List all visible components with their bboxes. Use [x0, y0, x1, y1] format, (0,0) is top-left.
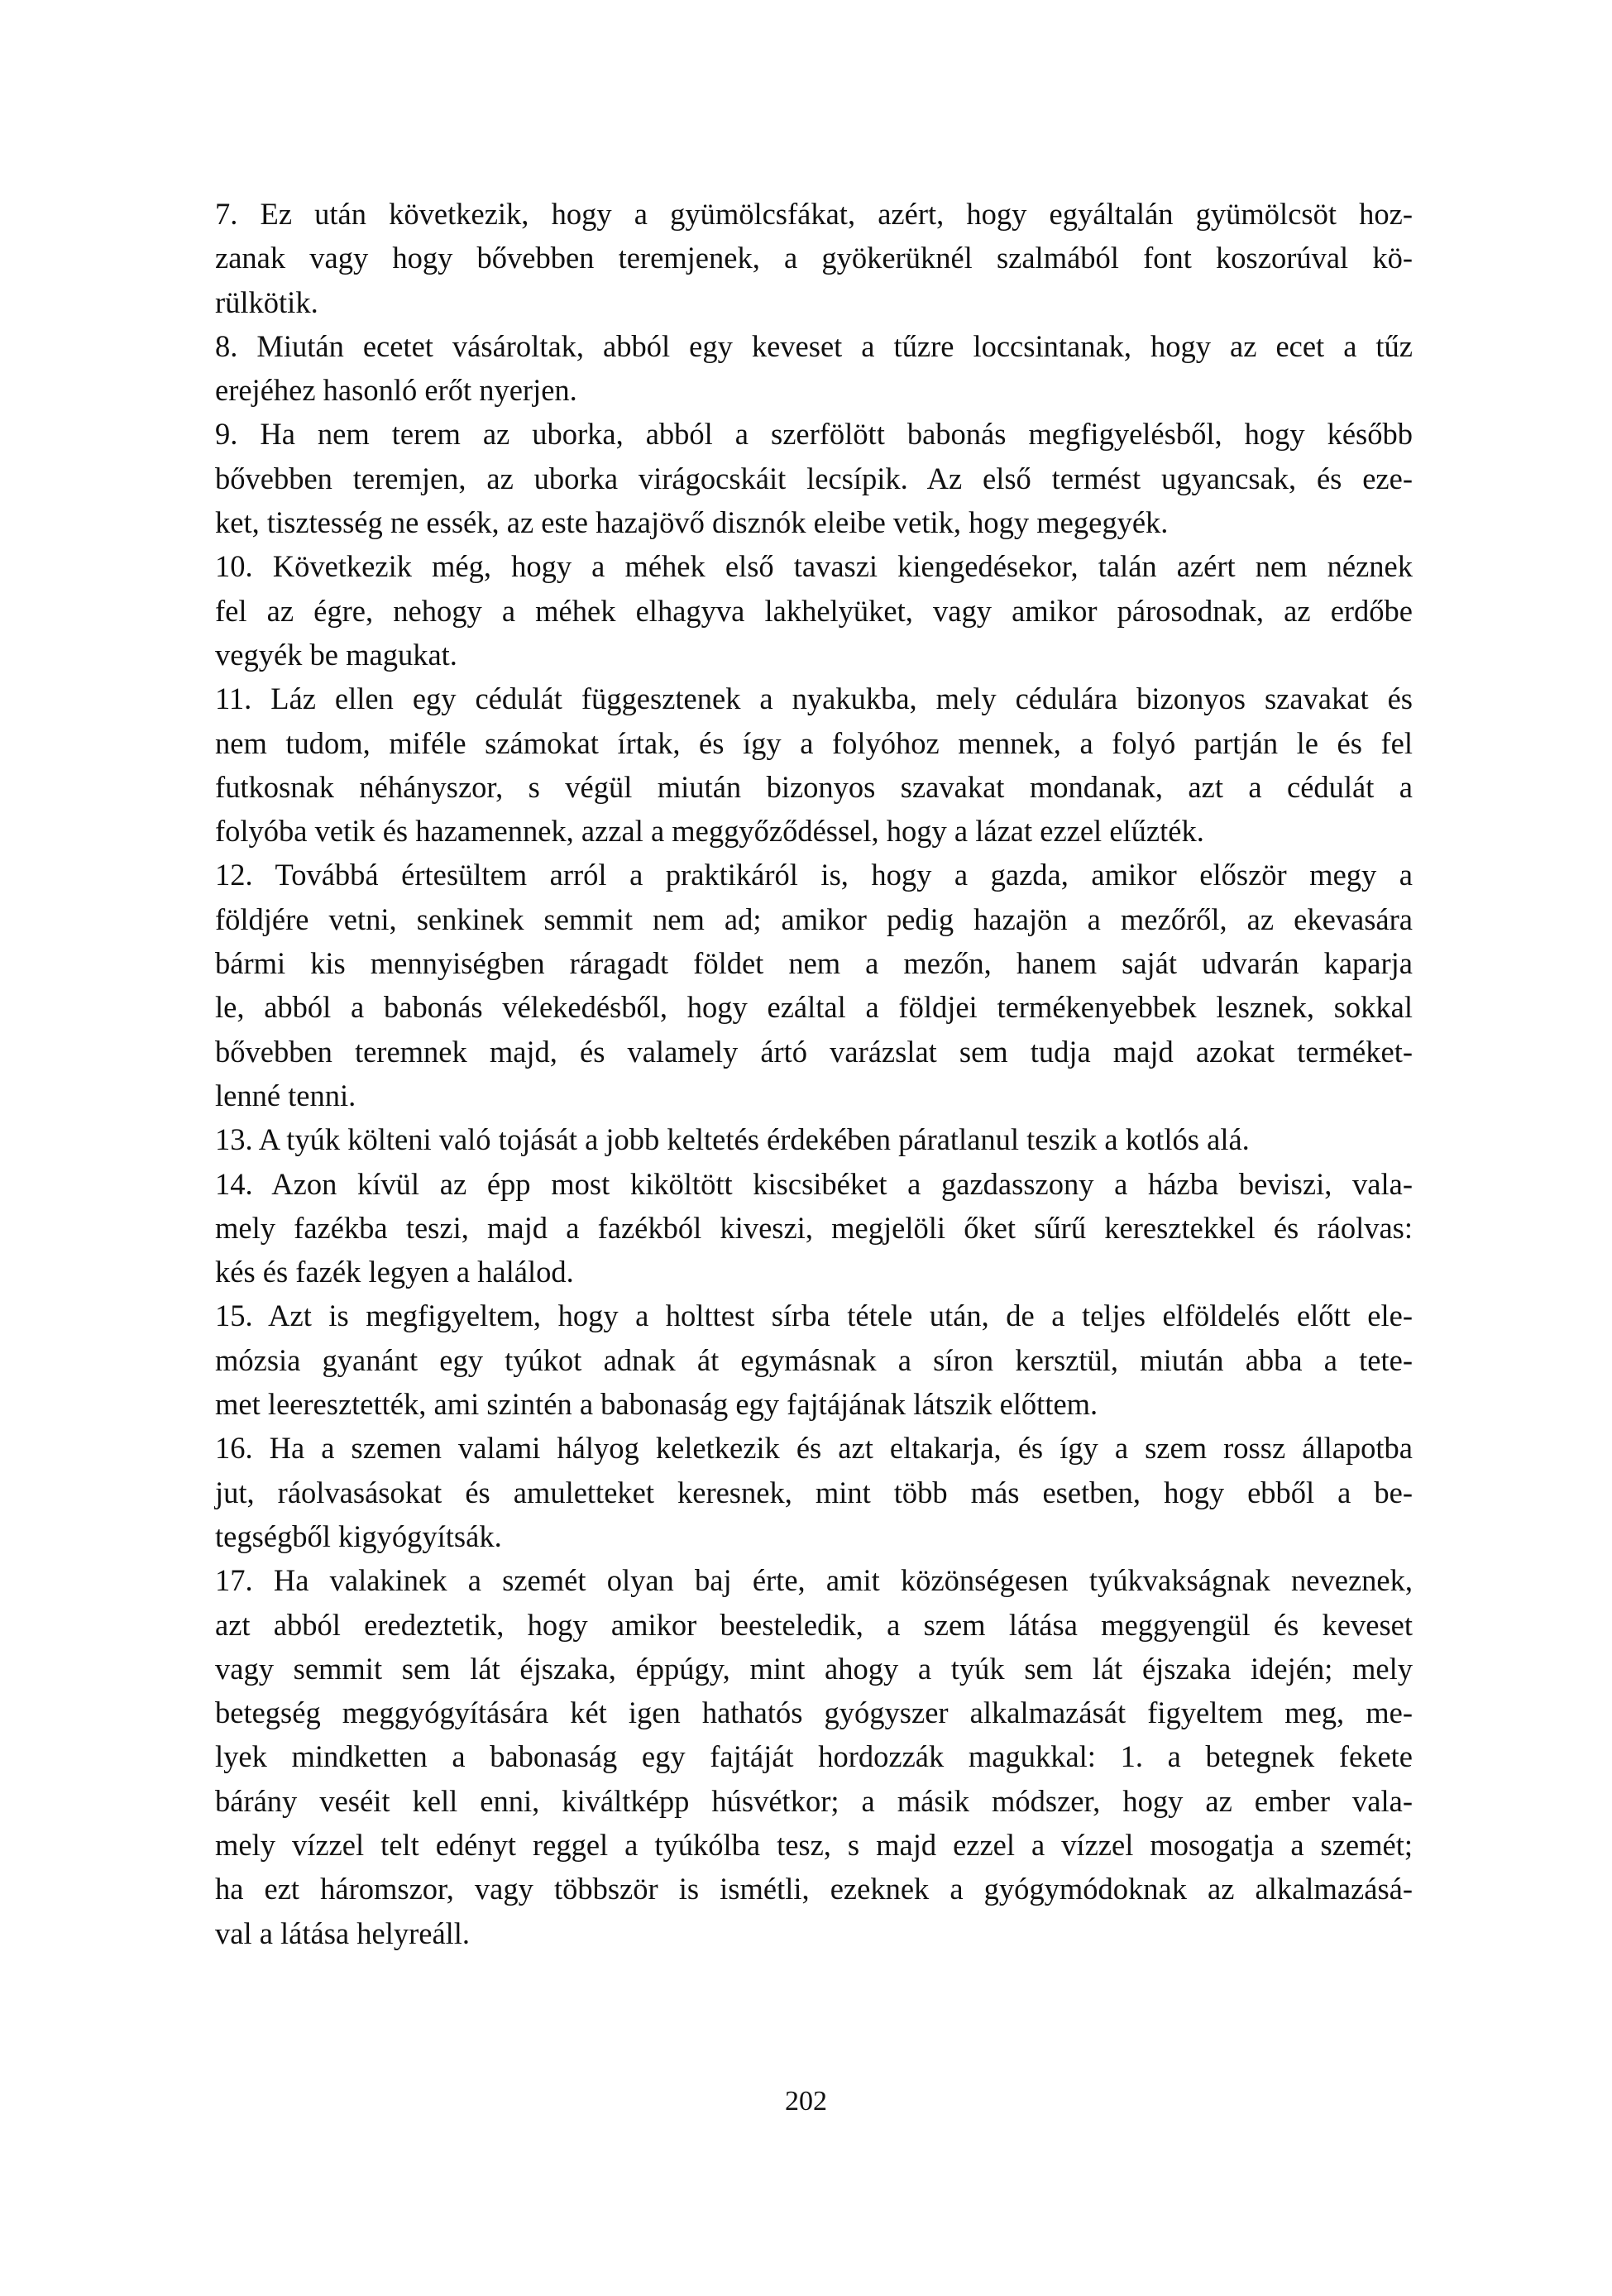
text-line: bővebben teremjen, az uborka virágocskái… — [215, 457, 1413, 500]
text-line: folyóba vetik és hazamennek, azzal a meg… — [215, 809, 1413, 853]
text-line: vegyék be magukat. — [215, 633, 1413, 677]
text-line: le, abból a babonás vélekedésből, hogy e… — [215, 985, 1413, 1029]
paragraph-9: 9. Ha nem terem az uborka, abból a szerf… — [215, 412, 1413, 544]
text-line: bármi kis mennyiségben ráragadt földet n… — [215, 941, 1413, 985]
text-line: futkosnak néhányszor, s végül miután biz… — [215, 765, 1413, 809]
text-line: nem tudom, miféle számokat írtak, és így… — [215, 721, 1413, 765]
text-line: 14. Azon kívül az épp most kiköltött kis… — [215, 1162, 1413, 1206]
text-line: 7. Ez után következik, hogy a gyümölcsfá… — [215, 192, 1413, 236]
text-line: 11. Láz ellen egy cédulát függesztenek a… — [215, 677, 1413, 720]
text-line: 13. A tyúk költeni való tojását a jobb k… — [215, 1117, 1413, 1161]
text-line: met leeresztették, ami szintén a babonas… — [215, 1382, 1413, 1426]
text-line: 12. Továbbá értesültem arról a praktikár… — [215, 853, 1413, 897]
text-line: 16. Ha a szemen valami hályog keletkezik… — [215, 1426, 1413, 1470]
paragraph-13: 13. A tyúk költeni való tojását a jobb k… — [215, 1117, 1413, 1161]
paragraph-12: 12. Továbbá értesültem arról a praktikár… — [215, 853, 1413, 1117]
paragraph-15: 15. Azt is megfigyeltem, hogy a holttest… — [215, 1294, 1413, 1426]
document-page: 7. Ez után következik, hogy a gyümölcsfá… — [0, 0, 1612, 2296]
text-line: betegség meggyógyítására két igen hathat… — [215, 1691, 1413, 1734]
paragraph-10: 10. Következik még, hogy a méhek első ta… — [215, 544, 1413, 677]
text-line: val a látása helyreáll. — [215, 1911, 1413, 1955]
paragraph-11: 11. Láz ellen egy cédulát függesztenek a… — [215, 677, 1413, 853]
paragraph-17: 17. Ha valakinek a szemét olyan baj érte… — [215, 1558, 1413, 1955]
text-line: lenné tenni. — [215, 1074, 1413, 1117]
text-line: erejéhez hasonló erőt nyerjen. — [215, 368, 1413, 412]
text-line: 8. Miután ecetet vásároltak, abból egy k… — [215, 324, 1413, 368]
text-line: 15. Azt is megfigyeltem, hogy a holttest… — [215, 1294, 1413, 1337]
text-line: mely fazékba teszi, majd a fazékból kive… — [215, 1206, 1413, 1250]
text-line: 9. Ha nem terem az uborka, abból a szerf… — [215, 412, 1413, 456]
text-line: bárány veséit kell enni, kiváltképp húsv… — [215, 1779, 1413, 1823]
body-text: 7. Ez után következik, hogy a gyümölcsfá… — [215, 192, 1413, 1955]
paragraph-14: 14. Azon kívül az épp most kiköltött kis… — [215, 1162, 1413, 1294]
text-line: 17. Ha valakinek a szemét olyan baj érte… — [215, 1558, 1413, 1602]
text-line: kés és fazék legyen a halálod. — [215, 1250, 1413, 1294]
text-line: fel az égre, nehogy a méhek elhagyva lak… — [215, 589, 1413, 633]
text-line: mózsia gyanánt egy tyúkot adnak át egymá… — [215, 1338, 1413, 1382]
paragraph-8: 8. Miután ecetet vásároltak, abból egy k… — [215, 324, 1413, 413]
text-line: bővebben teremnek majd, és valamely ártó… — [215, 1030, 1413, 1074]
text-line: azt abból eredeztetik, hogy amikor beest… — [215, 1603, 1413, 1647]
paragraph-16: 16. Ha a szemen valami hályog keletkezik… — [215, 1426, 1413, 1558]
text-line: jut, ráolvasásokat és amuletteket keresn… — [215, 1471, 1413, 1514]
text-line: rülkötik. — [215, 280, 1413, 324]
paragraph-7: 7. Ez után következik, hogy a gyümölcsfá… — [215, 192, 1413, 324]
page-number: 202 — [0, 2086, 1612, 2117]
text-line: földjére vetni, senkinek semmit nem ad; … — [215, 897, 1413, 941]
text-line: zanak vagy hogy bővebben teremjenek, a g… — [215, 236, 1413, 280]
text-line: ha ezt háromszor, vagy többször is ismét… — [215, 1867, 1413, 1911]
text-line: 10. Következik még, hogy a méhek első ta… — [215, 544, 1413, 588]
text-line: tegségből kigyógyítsák. — [215, 1514, 1413, 1558]
text-line: mely vízzel telt edényt reggel a tyúkólb… — [215, 1823, 1413, 1867]
text-line: ket, tisztesség ne essék, az este hazajö… — [215, 500, 1413, 544]
text-line: lyek mindketten a babonaság egy fajtáját… — [215, 1734, 1413, 1778]
text-line: vagy semmit sem lát éjszaka, éppúgy, min… — [215, 1647, 1413, 1691]
